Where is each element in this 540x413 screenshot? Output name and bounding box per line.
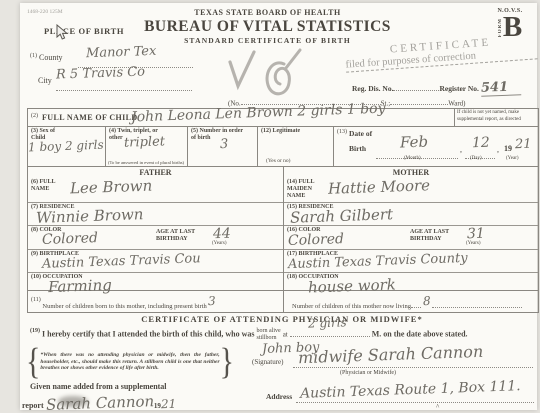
dob-label-date-of: Date of [349, 129, 372, 138]
bureau-title: BUREAU OF VITAL STATISTICS [140, 18, 395, 36]
report-label: report [22, 401, 44, 410]
register-no-handwritten-value: 541 [481, 79, 522, 96]
child-name-note: If child is not yet named, make suppleme… [454, 109, 538, 126]
mother-age-note: (Years) [466, 241, 481, 246]
county-number: (1) [30, 53, 37, 59]
mother-column: MOTHER (14) FULL MAIDEN NAME Hattie Moor… [284, 167, 538, 295]
mouse-cursor-icon [56, 24, 68, 40]
dob-year-note: (Year) [506, 156, 519, 161]
dob-day-handwritten: 12 [472, 135, 490, 152]
father-color-handwritten: Colored [42, 230, 99, 248]
children-living-blank [432, 301, 522, 308]
children-living-handwritten: 8 [422, 294, 430, 308]
county-label: County [39, 53, 63, 62]
parents-row: FATHER (6) FULL NAME Lee Brown (7) RESID… [28, 167, 538, 291]
county-handwritten-value: Manor Tex [86, 44, 157, 61]
dob-label-birth: Birth [349, 144, 366, 153]
county-line: (1) County [30, 53, 63, 62]
reg-dis-no-blank [393, 83, 439, 91]
right-brace: } [220, 343, 234, 381]
at-label: at [283, 331, 288, 339]
scanned-birth-certificate: 1468-220 125M PLACE OF BIRTH TEXAS STATE… [0, 0, 540, 413]
supplemental-year-prefix: 19 [154, 402, 161, 410]
supplemental-name-text: Given name added from a supplemental [30, 382, 167, 391]
city-label: City [38, 76, 52, 85]
mother-age-label: AGE AT LAST BIRTHDAY [410, 229, 462, 243]
mother-occupation-number: (18) [287, 274, 297, 280]
register-no-label: Register No. [439, 84, 478, 93]
father-title: FATHER [28, 167, 283, 178]
legitimate-note: (Yes or no) [266, 158, 291, 164]
dob-comma-1: , [460, 145, 462, 154]
children-born-label: Number of children born to this mother, … [42, 303, 206, 310]
father-age-handwritten: 44 [213, 226, 231, 243]
supplemental-report-line: report Sarah Cannon1921 [22, 394, 176, 412]
certify-text: I hereby certify that I attended the bir… [42, 330, 255, 339]
birth-details-row: (3) Sex of Child 1 boy 2 girls (4) Twin,… [28, 127, 538, 167]
mother-color-field: (16) COLOR Colored AGE AT LAST BIRTHDAY … [284, 226, 538, 250]
order-label: Number in order of birth [191, 128, 243, 141]
reg-dis-no-label: Reg. Dis. No. [352, 84, 393, 93]
twin-note: (To be answered in event of plural birth… [108, 160, 184, 165]
children-born-number: (11) [31, 297, 41, 303]
father-color-number: (8) [31, 227, 38, 233]
city-handwritten-value: R 5 Travis Co [56, 64, 146, 82]
father-birthplace-field: (9) BIRTHPLACE Austin Texas Travis Cou [28, 250, 283, 273]
mother-name-number: (14) [287, 179, 297, 185]
father-color-field: (8) COLOR Colored AGE AT LAST BIRTHDAY 4… [28, 226, 283, 250]
order-handwritten-value: 3 [220, 137, 229, 152]
mother-residence-field: (15) RESIDENCE Sarah Gilbert [284, 203, 538, 226]
sex-of-child-cell: (3) Sex of Child 1 boy 2 girls [28, 127, 106, 166]
father-column: FATHER (6) FULL NAME Lee Brown (7) RESID… [28, 167, 284, 295]
street-ward-label: Ward) [448, 99, 465, 107]
child-name-row: (2) FULL NAME OF CHILD John Leona Len Br… [28, 109, 538, 127]
legitimate-cell: (12) Legitimate (Yes or no) [258, 127, 334, 166]
children-living-cell: Number of children of this mother now li… [284, 291, 538, 312]
physician-or-midwife-note: (Physician or Midwife) [340, 370, 396, 376]
children-living-label: Number of children of this mother now li… [292, 303, 411, 310]
sex-handwritten-value: 1 boy 2 girls [28, 138, 104, 155]
handwritten-check-and-scribble-marks [218, 44, 318, 106]
child-name-number: (2) [31, 113, 38, 119]
children-born-handwritten: 3 [208, 294, 216, 308]
footnote-text: *When there was no attending physician o… [40, 352, 219, 373]
footnote-block: { *When there was no attending physician… [26, 347, 234, 377]
caret-mark: ^ [436, 403, 439, 411]
twin-number: (4) [109, 128, 116, 134]
date-of-birth-cell: (13) Date of Birth Feb , 12 , 19 21 (Mon… [334, 127, 538, 166]
form-header: TEXAS STATE BOARD OF HEALTH BUREAU OF VI… [140, 8, 395, 45]
father-name-handwritten: Lee Brown [70, 177, 153, 198]
father-birthplace-number: (9) [31, 251, 38, 257]
born-alive-stillborn-stack: born alive stillborn [257, 328, 281, 342]
dob-comma-2: , [497, 145, 499, 154]
supplemental-handwritten-name: Sarah Cannon [45, 392, 154, 413]
twin-triplet-cell: (4) Twin, triplet, or other triplet (To … [106, 127, 188, 166]
order-number: (5) [191, 128, 198, 134]
birth-order-cell: (5) Number in order of birth 3 [188, 127, 258, 166]
dob-month-note: (Month) [404, 156, 421, 161]
street-ward-blank [390, 98, 448, 105]
mother-name-field: (14) FULL MAIDEN NAME Hattie Moore [284, 178, 538, 203]
father-residence-field: (7) RESIDENCE Winnie Brown [28, 203, 283, 226]
signature-label: (Signature) [252, 358, 284, 366]
legitimate-label: Legitimate [273, 128, 301, 134]
date-stated-label: M. on the date above stated. [372, 330, 468, 339]
mother-color-handwritten: Colored [288, 231, 345, 249]
board-title: TEXAS STATE BOARD OF HEALTH [140, 8, 395, 17]
mother-name-handwritten: Hattie Moore [328, 176, 431, 198]
father-name-field: (6) FULL NAME Lee Brown [28, 178, 283, 203]
children-living-dots [411, 301, 421, 308]
father-occupation-number: (10) [31, 274, 41, 280]
father-name-number: (6) [31, 179, 38, 185]
sex-number: (3) [31, 128, 38, 134]
born-alive-option: born alive [257, 328, 281, 335]
certify-statement: (19) I hereby certify that I attended th… [30, 328, 536, 342]
two-girls-handwritten: 2 girls [308, 315, 347, 330]
mother-birthplace-field: (17) BIRTHPLACE Austin Texas Travis Coun… [284, 250, 538, 273]
legitimate-number: (12) [261, 128, 271, 134]
dob-month-handwritten: Feb [400, 133, 429, 152]
address-label: Address [266, 392, 292, 401]
dob-year-handwritten: 21 [515, 137, 532, 153]
father-age-label: AGE AT LAST BIRTHDAY [156, 229, 208, 243]
dob-number: (13) [337, 129, 347, 135]
twin-handwritten-value: triplet [124, 134, 165, 150]
dob-day-note: (Day) [470, 156, 482, 161]
left-brace: { [26, 343, 40, 381]
address-blank-line [296, 402, 534, 403]
children-born-cell: (11) Number of children born to this mot… [28, 291, 284, 312]
dob-year-prefix: 19 [504, 144, 512, 153]
certificate-table: (2) FULL NAME OF CHILD John Leona Len Br… [27, 108, 539, 313]
father-age-note: (Years) [212, 241, 227, 246]
mother-age-handwritten: 31 [467, 226, 485, 243]
mother-residence-handwritten: Sarah Gilbert [290, 205, 394, 227]
supplemental-year-handwritten: 21 [161, 397, 177, 412]
certify-number: (19) [30, 328, 40, 334]
signature-blank-line [293, 367, 533, 368]
father-residence-handwritten: Winnie Brown [36, 205, 144, 227]
novs-form-label: FORM [498, 18, 503, 37]
child-name-label: FULL NAME OF CHILD [42, 113, 138, 122]
form-print-code: 1468-220 125M [27, 9, 63, 15]
midwife-certificate-title: CERTIFICATE OF ATTENDING PHYSICIAN OR MI… [27, 314, 537, 324]
registration-line: Reg. Dis. No.Register No. 541 [352, 80, 521, 96]
children-stats-row: (11) Number of children born to this mot… [28, 291, 538, 312]
